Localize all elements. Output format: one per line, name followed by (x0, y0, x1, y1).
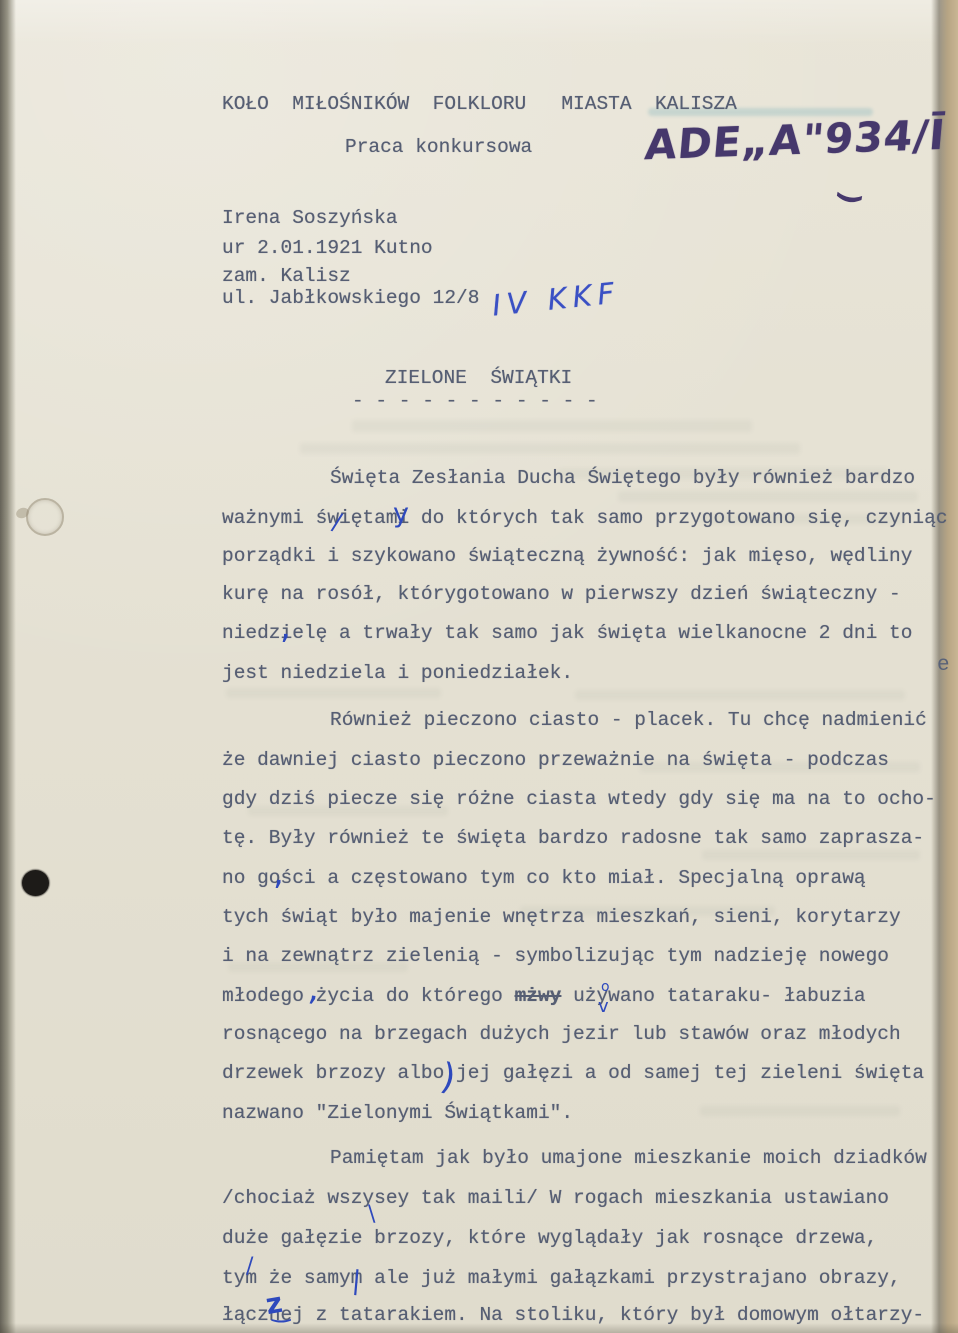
typed-line: duże gałęzie brzozy, które wyglądały jak… (222, 1226, 877, 1250)
typed-line: Pamiętam jak było umajone mieszkanie moi… (330, 1146, 927, 1170)
archive-number-handwritten: ADE„A"934/Ī (643, 111, 948, 170)
kkf-note-handwritten: IV KKF (491, 275, 622, 322)
typed-line: gdy dziś piecze się różne ciasta wtedy g… (222, 787, 936, 811)
paper-top-highlight (0, 0, 958, 45)
scanned-document-page: KOŁO MIŁOŚNIKÓW FOLKLORU MIASTA KALISZA … (0, 0, 958, 1333)
typed-line: tę. Były również te święta bardzo radosn… (222, 826, 924, 850)
pen-correction-mark: ‿ (272, 1300, 290, 1322)
typed-line: niedzielę a trwały tak samo jak święta w… (222, 621, 912, 645)
typed-line: nazwano "Zielonymi Świątkami". (222, 1101, 573, 1125)
bleed-through-ghost (226, 688, 441, 698)
essay-title: ZIELONE ŚWIĄTKI (385, 366, 572, 390)
typed-line: porządki i szykowano świąteczną żywność:… (222, 544, 912, 568)
pen-correction-mark: , (280, 610, 291, 644)
typed-line: tym że samym ale już małymi gałązkami pr… (222, 1266, 901, 1290)
typed-line: kurę na rosół, którygotowano w pierwszy … (222, 582, 901, 606)
typed-line: /chociaż wszysey tak maili/ W rogach mie… (222, 1186, 889, 1210)
hole-punch-impression (26, 498, 64, 536)
bleed-through-ghost (300, 443, 800, 454)
typed-line: drzewek brzozy albo jej gałęzi a od same… (222, 1061, 924, 1085)
pen-correction-mark: e (937, 655, 950, 676)
typed-line: rosnącego na brzegach dużych jezir lub s… (222, 1022, 901, 1046)
pen-correction-mark: y (393, 500, 409, 527)
paper-left-edge-shadow (0, 0, 16, 1333)
pen-correction-mark: , (273, 856, 284, 890)
pen-correction-mark: o (601, 980, 610, 994)
pen-correction-mark: ) (835, 189, 865, 206)
typed-line: że dawniej ciasto pieczono przeważnie na… (222, 748, 889, 772)
typed-line: tych świąt było majenie wnętrza mieszkań… (222, 905, 901, 929)
black-ink-dot (22, 870, 49, 896)
essay-title-underline: - - - - - - - - - - - (352, 389, 598, 413)
author-city: zam. Kalisz (222, 264, 351, 288)
pen-correction-mark: / (246, 1256, 253, 1278)
pen-correction-mark: v (598, 998, 609, 1016)
author-birth: ur 2.01.1921 Kutno (222, 236, 433, 260)
typed-line: i na zewnątrz zielenią - symbolizując ty… (222, 944, 889, 968)
struck-out-word: mżwy (515, 985, 562, 1007)
author-street: ul. Jabłkowskiego 12/8 (222, 286, 479, 310)
organization-title: KOŁO MIŁOŚNIKÓW FOLKLORU MIASTA KALISZA (222, 92, 737, 116)
bleed-through-ghost (575, 690, 905, 700)
typed-line: Święta Zesłania Ducha Świętego były równ… (330, 466, 915, 490)
bleed-through-ghost (702, 850, 920, 860)
bleed-through-ghost (352, 420, 752, 432)
typed-line: jest niedziela i poniedziałek. (222, 661, 573, 685)
author-name: Irena Soszyńska (222, 206, 398, 230)
typed-line: Również pieczono ciasto - placek. Tu chc… (330, 708, 927, 732)
pen-correction-mark: | (351, 1268, 362, 1295)
typed-line: no gości a częstowano tym co kto miał. S… (222, 866, 866, 890)
pen-correction-mark: \ (368, 1204, 375, 1226)
typed-line: łącznej z tatarakiem. Na stoliku, który … (222, 1303, 924, 1327)
work-subtitle: Praca konkursowa (345, 135, 532, 159)
bleed-through-ghost (700, 1106, 900, 1116)
bleed-through-ghost (618, 491, 918, 502)
